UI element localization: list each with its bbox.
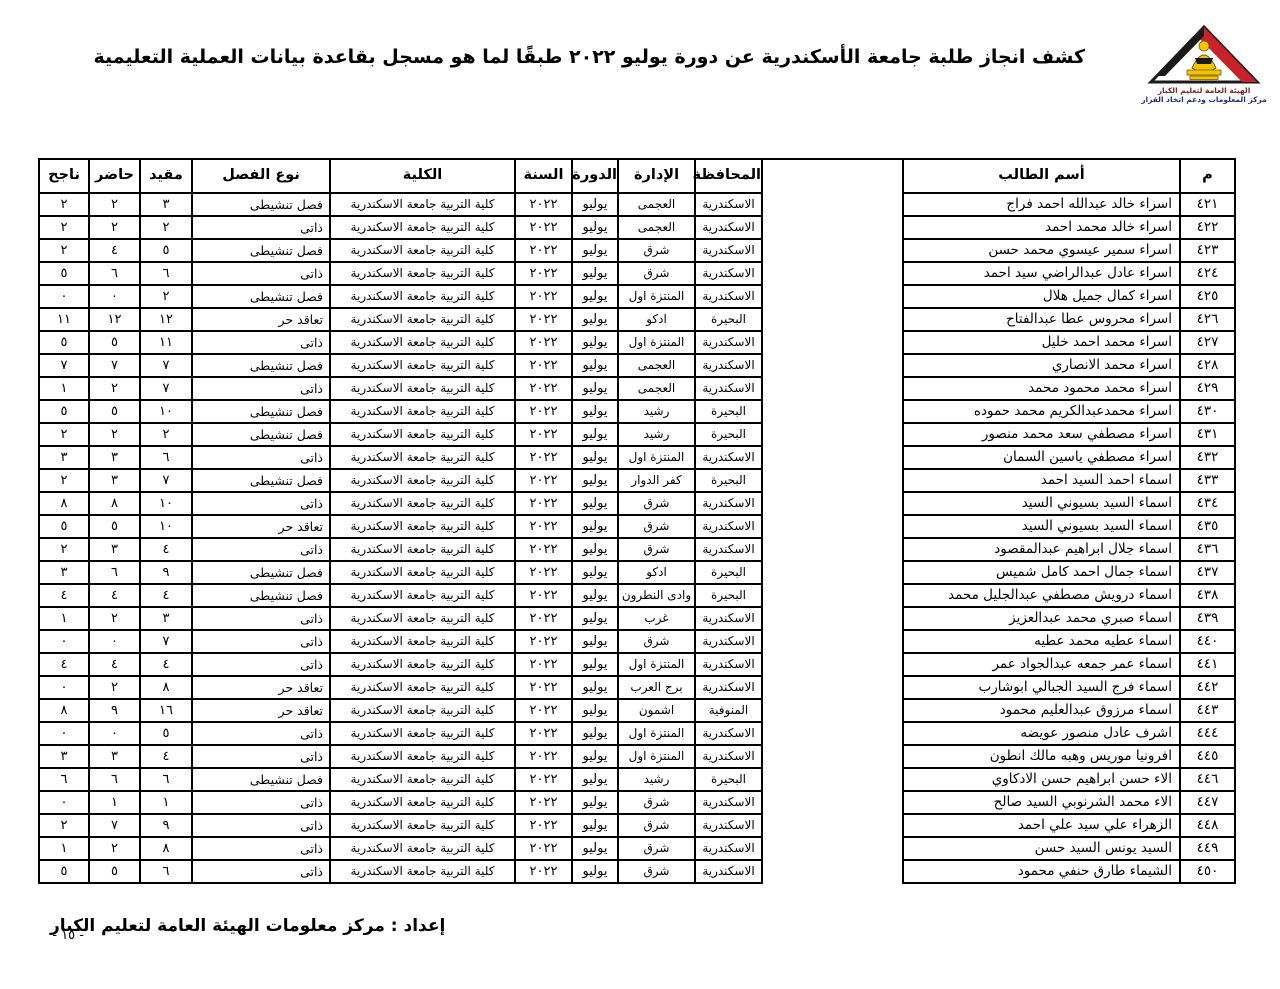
cell-passed-count: ٢ — [39, 193, 89, 216]
cell-student-name: اسراء محروس عطا عبدالفتاح — [903, 308, 1180, 331]
cell-class-type: ذاتى — [192, 216, 330, 239]
cell-class-type: تعاقد حر — [192, 699, 330, 722]
cell-year: ٢٠٢٢ — [515, 538, 572, 561]
cell-class-type: ذاتى — [192, 446, 330, 469]
cell-serial-number: ٤٢٢ — [1180, 216, 1235, 239]
cell-serial-number: ٤٣٠ — [1180, 400, 1235, 423]
cell-enrolled-count: ٢ — [140, 423, 192, 446]
table-row: ٤٣٣ اسماء احمد السيد احمد البحيرة كفر ال… — [39, 469, 1235, 492]
cell-session: يوليو — [572, 262, 618, 285]
header-class-type: نوع الفصل — [192, 159, 330, 193]
cell-serial-number: ٤٤٣ — [1180, 699, 1235, 722]
prepared-by-note: إعداد : مركز معلومات الهيئة العامة لتعلي… — [50, 916, 1230, 936]
cell-student-name: اسماء درويش مصطفي عبدالجليل محمد — [903, 584, 1180, 607]
table-row: ٤٣٢ اسراء مصطفي ياسين السمان الاسكندرية … — [39, 446, 1235, 469]
cell-session: يوليو — [572, 768, 618, 791]
cell-session: يوليو — [572, 354, 618, 377]
cell-passed-count: ٧ — [39, 354, 89, 377]
cell-session: يوليو — [572, 745, 618, 768]
cell-student-name: السيد يونس السيد حسن — [903, 837, 1180, 860]
cell-spacer — [762, 837, 903, 860]
cell-enrolled-count: ٢ — [140, 216, 192, 239]
cell-spacer — [762, 331, 903, 354]
cell-session: يوليو — [572, 400, 618, 423]
cell-class-type: فصل تنشيطى — [192, 469, 330, 492]
cell-session: يوليو — [572, 676, 618, 699]
cell-present-count: ٩ — [89, 699, 140, 722]
cell-college: كلية التربية جامعة الاسكندرية — [330, 745, 515, 768]
cell-administration: رشيد — [618, 400, 695, 423]
header-college: الكلية — [330, 159, 515, 193]
cell-spacer — [762, 262, 903, 285]
cell-serial-number: ٤٥٠ — [1180, 860, 1235, 883]
cell-college: كلية التربية جامعة الاسكندرية — [330, 561, 515, 584]
cell-student-name: الاء حسن ابراهيم حسن الادكاوي — [903, 768, 1180, 791]
cell-year: ٢٠٢٢ — [515, 860, 572, 883]
cell-class-type: ذاتى — [192, 722, 330, 745]
cell-passed-count: ٨ — [39, 492, 89, 515]
cell-present-count: ٣ — [89, 469, 140, 492]
cell-enrolled-count: ٦ — [140, 860, 192, 883]
cell-governorate: الاسكندرية — [695, 722, 762, 745]
cell-serial-number: ٤٤٩ — [1180, 837, 1235, 860]
table-row: ٤٣٧ اسماء جمال احمد كامل شميس البحيرة اد… — [39, 561, 1235, 584]
cell-college: كلية التربية جامعة الاسكندرية — [330, 653, 515, 676]
cell-administration: ادكو — [618, 561, 695, 584]
cell-session: يوليو — [572, 860, 618, 883]
cell-spacer — [762, 745, 903, 768]
cell-year: ٢٠٢٢ — [515, 630, 572, 653]
cell-passed-count: ٢ — [39, 538, 89, 561]
cell-class-type: فصل تنشيطى — [192, 561, 330, 584]
cell-college: كلية التربية جامعة الاسكندرية — [330, 722, 515, 745]
cell-passed-count: ٠ — [39, 722, 89, 745]
table-row: ٤٤٥ افرونيا موريس وهبه مالك انطون الاسكن… — [39, 745, 1235, 768]
table-row: ٤٣٥ اسماء السيد بسيوني السيد الاسكندرية … — [39, 515, 1235, 538]
cell-administration: شرق — [618, 492, 695, 515]
cell-present-count: ٣ — [89, 446, 140, 469]
cell-session: يوليو — [572, 837, 618, 860]
cell-class-type: ذاتى — [192, 860, 330, 883]
cell-year: ٢٠٢٢ — [515, 699, 572, 722]
cell-college: كلية التربية جامعة الاسكندرية — [330, 354, 515, 377]
cell-student-name: الزهراء علي سيد علي احمد — [903, 814, 1180, 837]
document-page: كشف انجاز طلبة جامعة الأسكندرية عن دورة … — [0, 0, 1280, 989]
cell-college: كلية التربية جامعة الاسكندرية — [330, 216, 515, 239]
cell-present-count: ٦ — [89, 768, 140, 791]
cell-student-name: اسماء فرج السيد الجبالي ابوشارب — [903, 676, 1180, 699]
table-row: ٤٣٦ اسماء جلال ابراهيم عبدالمقصود الاسكن… — [39, 538, 1235, 561]
cell-year: ٢٠٢٢ — [515, 745, 572, 768]
cell-passed-count: ٠ — [39, 791, 89, 814]
cell-spacer — [762, 814, 903, 837]
table-row: ٤٤٠ اسماء عطيه محمد عطيه الاسكندرية شرق … — [39, 630, 1235, 653]
cell-spacer — [762, 492, 903, 515]
cell-governorate: الاسكندرية — [695, 285, 762, 308]
cell-serial-number: ٤٢٧ — [1180, 331, 1235, 354]
table-row: ٤٢٣ اسراء سمير عيسوي محمد حسن الاسكندرية… — [39, 239, 1235, 262]
cell-student-name: اسماء جمال احمد كامل شميس — [903, 561, 1180, 584]
cell-passed-count: ٤ — [39, 584, 89, 607]
cell-student-name: اسراء محمدعبدالكريم محمد حموده — [903, 400, 1180, 423]
table-row: ٤٣١ اسراء مصطفي سعد محمد منصور البحيرة ر… — [39, 423, 1235, 446]
cell-spacer — [762, 630, 903, 653]
cell-spacer — [762, 653, 903, 676]
cell-present-count: ٦ — [89, 262, 140, 285]
table-row: ٤٤٢ اسماء فرج السيد الجبالي ابوشارب الاس… — [39, 676, 1235, 699]
table-row: ٤٢٥ اسراء كمال جميل هلال الاسكندرية المن… — [39, 285, 1235, 308]
cell-governorate: البحيرة — [695, 584, 762, 607]
cell-year: ٢٠٢٢ — [515, 837, 572, 860]
cell-administration: شرق — [618, 630, 695, 653]
cell-college: كلية التربية جامعة الاسكندرية — [330, 308, 515, 331]
cell-governorate: الاسكندرية — [695, 538, 762, 561]
cell-present-count: ٥ — [89, 860, 140, 883]
cell-present-count: ٢ — [89, 676, 140, 699]
cell-year: ٢٠٢٢ — [515, 262, 572, 285]
cell-passed-count: ٢ — [39, 469, 89, 492]
cell-serial-number: ٤٣٩ — [1180, 607, 1235, 630]
header-serial-number: م — [1180, 159, 1235, 193]
cell-present-count: ٥ — [89, 400, 140, 423]
cell-session: يوليو — [572, 814, 618, 837]
cell-class-type: ذاتى — [192, 377, 330, 400]
cell-enrolled-count: ٤ — [140, 653, 192, 676]
cell-year: ٢٠٢٢ — [515, 561, 572, 584]
cell-spacer — [762, 607, 903, 630]
cell-spacer — [762, 239, 903, 262]
cell-passed-count: ٦ — [39, 768, 89, 791]
cell-passed-count: ٥ — [39, 515, 89, 538]
cell-present-count: ٤ — [89, 653, 140, 676]
cell-year: ٢٠٢٢ — [515, 285, 572, 308]
table-row: ٤٢٤ اسراء عادل عبدالراضي سيد احمد الاسكن… — [39, 262, 1235, 285]
cell-class-type: فصل تنشيطى — [192, 354, 330, 377]
cell-governorate: الاسكندرية — [695, 216, 762, 239]
cell-serial-number: ٤٢٥ — [1180, 285, 1235, 308]
cell-serial-number: ٤٣٤ — [1180, 492, 1235, 515]
cell-student-name: اسراء مصطفي ياسين السمان — [903, 446, 1180, 469]
cell-year: ٢٠٢٢ — [515, 423, 572, 446]
header-session: الدورة — [572, 159, 618, 193]
cell-enrolled-count: ١ — [140, 791, 192, 814]
cell-administration: برج العرب — [618, 676, 695, 699]
cell-passed-count: ٢ — [39, 814, 89, 837]
cell-passed-count: ١١ — [39, 308, 89, 331]
cell-class-type: ذاتى — [192, 331, 330, 354]
cell-present-count: ٦ — [89, 561, 140, 584]
cell-enrolled-count: ١٦ — [140, 699, 192, 722]
cell-student-name: اسراء محمد احمد خليل — [903, 331, 1180, 354]
cell-college: كلية التربية جامعة الاسكندرية — [330, 331, 515, 354]
cell-present-count: ٢ — [89, 377, 140, 400]
cell-administration: العجمى — [618, 193, 695, 216]
students-table: م أسم الطالب المحافظة الإدارة الدورة الس… — [38, 158, 1236, 884]
cell-session: يوليو — [572, 423, 618, 446]
table-row: ٤٥٠ الشيماء طارق حنفي محمود الاسكندرية ش… — [39, 860, 1235, 883]
cell-college: كلية التربية جامعة الاسكندرية — [330, 768, 515, 791]
cell-present-count: ٧ — [89, 354, 140, 377]
cell-governorate: المنوفية — [695, 699, 762, 722]
page-number: - ١٥ - — [52, 928, 84, 943]
cell-class-type: تعاقد حر — [192, 515, 330, 538]
cell-present-count: ٢ — [89, 423, 140, 446]
cell-session: يوليو — [572, 492, 618, 515]
cell-governorate: الاسكندرية — [695, 860, 762, 883]
cell-college: كلية التربية جامعة الاسكندرية — [330, 607, 515, 630]
cell-year: ٢٠٢٢ — [515, 308, 572, 331]
cell-passed-count: ٢ — [39, 216, 89, 239]
cell-year: ٢٠٢٢ — [515, 446, 572, 469]
cell-governorate: الاسكندرية — [695, 492, 762, 515]
cell-governorate: البحيرة — [695, 423, 762, 446]
cell-enrolled-count: ٧ — [140, 377, 192, 400]
cell-spacer — [762, 584, 903, 607]
cell-passed-count: ١ — [39, 377, 89, 400]
cell-administration: شرق — [618, 239, 695, 262]
table-row: ٤٤٦ الاء حسن ابراهيم حسن الادكاوي البحير… — [39, 768, 1235, 791]
cell-governorate: الاسكندرية — [695, 331, 762, 354]
cell-administration: شرق — [618, 538, 695, 561]
cell-college: كلية التربية جامعة الاسكندرية — [330, 239, 515, 262]
cell-present-count: ٢ — [89, 837, 140, 860]
cell-present-count: ٧ — [89, 814, 140, 837]
cell-college: كلية التربية جامعة الاسكندرية — [330, 469, 515, 492]
cell-student-name: اسراء مصطفي سعد محمد منصور — [903, 423, 1180, 446]
cell-year: ٢٠٢٢ — [515, 400, 572, 423]
cell-passed-count: ٢ — [39, 239, 89, 262]
cell-session: يوليو — [572, 239, 618, 262]
page-title: كشف انجاز طلبة جامعة الأسكندرية عن دورة … — [240, 46, 1085, 68]
cell-enrolled-count: ٤ — [140, 584, 192, 607]
cell-governorate: الاسكندرية — [695, 676, 762, 699]
cell-governorate: البحيرة — [695, 400, 762, 423]
table-row: ٤٢٩ اسراء محمد محمود محمد الاسكندرية الع… — [39, 377, 1235, 400]
cell-year: ٢٠٢٢ — [515, 239, 572, 262]
cell-college: كلية التربية جامعة الاسكندرية — [330, 492, 515, 515]
cell-present-count: ١٢ — [89, 308, 140, 331]
cell-enrolled-count: ٩ — [140, 561, 192, 584]
cell-class-type: ذاتى — [192, 745, 330, 768]
cell-serial-number: ٤٤٢ — [1180, 676, 1235, 699]
cell-governorate: الاسكندرية — [695, 262, 762, 285]
cell-enrolled-count: ٦ — [140, 446, 192, 469]
cell-college: كلية التربية جامعة الاسكندرية — [330, 584, 515, 607]
cell-passed-count: ١ — [39, 837, 89, 860]
cell-governorate: الاسكندرية — [695, 814, 762, 837]
cell-spacer — [762, 354, 903, 377]
cell-class-type: فصل تنشيطى — [192, 584, 330, 607]
cell-serial-number: ٤٢٣ — [1180, 239, 1235, 262]
cell-class-type: فصل تنشيطى — [192, 768, 330, 791]
cell-passed-count: ٣ — [39, 745, 89, 768]
authority-logo: الهيئة العامة لتعليم الكبار مركز المعلوم… — [1140, 24, 1268, 105]
cell-serial-number: ٤٤٧ — [1180, 791, 1235, 814]
header-passed: ناجح — [39, 159, 89, 193]
cell-administration: شرق — [618, 515, 695, 538]
table-row: ٤٣٨ اسماء درويش مصطفي عبدالجليل محمد الب… — [39, 584, 1235, 607]
table-row: ٤٣٩ اسماء صبري محمد عبدالعزيز الاسكندرية… — [39, 607, 1235, 630]
cell-administration: شرق — [618, 860, 695, 883]
cell-spacer — [762, 791, 903, 814]
cell-student-name: الاء محمد الشرنوبي السيد صالح — [903, 791, 1180, 814]
table-row: ٤٢٦ اسراء محروس عطا عبدالفتاح البحيرة اد… — [39, 308, 1235, 331]
cell-college: كلية التربية جامعة الاسكندرية — [330, 423, 515, 446]
cell-student-name: اسماء احمد السيد احمد — [903, 469, 1180, 492]
cell-passed-count: ٣ — [39, 446, 89, 469]
cell-spacer — [762, 216, 903, 239]
cell-spacer — [762, 193, 903, 216]
header-governorate: المحافظة — [695, 159, 762, 193]
cell-session: يوليو — [572, 722, 618, 745]
cell-enrolled-count: ٥ — [140, 239, 192, 262]
cell-spacer — [762, 768, 903, 791]
cell-present-count: ٢ — [89, 193, 140, 216]
cell-class-type: ذاتى — [192, 653, 330, 676]
cell-present-count: ٢ — [89, 607, 140, 630]
cell-college: كلية التربية جامعة الاسكندرية — [330, 791, 515, 814]
cell-passed-count: ٤ — [39, 653, 89, 676]
cell-administration: رشيد — [618, 768, 695, 791]
header-enrolled: مقيد — [140, 159, 192, 193]
cell-enrolled-count: ٧ — [140, 630, 192, 653]
cell-student-name: اسماء عطيه محمد عطيه — [903, 630, 1180, 653]
table-row: ٤٤٧ الاء محمد الشرنوبي السيد صالح الاسكن… — [39, 791, 1235, 814]
cell-session: يوليو — [572, 331, 618, 354]
cell-class-type: ذاتى — [192, 837, 330, 860]
cell-college: كلية التربية جامعة الاسكندرية — [330, 676, 515, 699]
cell-present-count: ٣ — [89, 538, 140, 561]
student-table-body: ٤٢١ اسراء خالد عبدالله احمد فراج الاسكند… — [39, 193, 1235, 883]
cell-passed-count: ٢ — [39, 423, 89, 446]
cell-administration: وادى النطرون — [618, 584, 695, 607]
cell-enrolled-count: ٦ — [140, 768, 192, 791]
cell-governorate: الاسكندرية — [695, 354, 762, 377]
cell-administration: شرق — [618, 791, 695, 814]
cell-passed-count: ٥ — [39, 331, 89, 354]
cell-enrolled-count: ٧ — [140, 354, 192, 377]
cell-present-count: ٨ — [89, 492, 140, 515]
cell-serial-number: ٤٣٦ — [1180, 538, 1235, 561]
cell-session: يوليو — [572, 216, 618, 239]
cell-student-name: اشرف عادل منصور عويضه — [903, 722, 1180, 745]
cell-serial-number: ٤٣٢ — [1180, 446, 1235, 469]
cell-enrolled-count: ٤ — [140, 745, 192, 768]
cell-session: يوليو — [572, 515, 618, 538]
cell-governorate: الاسكندرية — [695, 446, 762, 469]
cell-serial-number: ٤٤١ — [1180, 653, 1235, 676]
cell-student-name: اسراء خالد محمد احمد — [903, 216, 1180, 239]
pyramid-emblem-icon — [1140, 24, 1268, 86]
cell-spacer — [762, 446, 903, 469]
cell-session: يوليو — [572, 446, 618, 469]
cell-class-type: فصل تنشيطى — [192, 193, 330, 216]
cell-student-name: اسراء عادل عبدالراضي سيد احمد — [903, 262, 1180, 285]
table-row: ٤٣٠ اسراء محمدعبدالكريم محمد حموده البحي… — [39, 400, 1235, 423]
cell-serial-number: ٤٢١ — [1180, 193, 1235, 216]
cell-governorate: الاسكندرية — [695, 791, 762, 814]
cell-class-type: ذاتى — [192, 538, 330, 561]
cell-serial-number: ٤٣٧ — [1180, 561, 1235, 584]
cell-session: يوليو — [572, 308, 618, 331]
cell-student-name: اسراء كمال جميل هلال — [903, 285, 1180, 308]
cell-session: يوليو — [572, 607, 618, 630]
cell-year: ٢٠٢٢ — [515, 377, 572, 400]
table-row: ٤٢٧ اسراء محمد احمد خليل الاسكندرية المن… — [39, 331, 1235, 354]
cell-serial-number: ٤٢٨ — [1180, 354, 1235, 377]
cell-enrolled-count: ٣ — [140, 607, 192, 630]
cell-year: ٢٠٢٢ — [515, 584, 572, 607]
cell-class-type: ذاتى — [192, 607, 330, 630]
cell-spacer — [762, 699, 903, 722]
cell-student-name: اسماء السيد بسيوني السيد — [903, 515, 1180, 538]
cell-spacer — [762, 377, 903, 400]
cell-student-name: اسماء عمر جمعه عبدالجواد عمر — [903, 653, 1180, 676]
cell-present-count: ٠ — [89, 722, 140, 745]
cell-passed-count: ٥ — [39, 262, 89, 285]
header-spacer — [762, 159, 903, 193]
cell-student-name: اسراء سمير عيسوي محمد حسن — [903, 239, 1180, 262]
cell-administration: ادكو — [618, 308, 695, 331]
cell-enrolled-count: ١٠ — [140, 515, 192, 538]
table-row: ٤٣٤ اسماء السيد بسيوني السيد الاسكندرية … — [39, 492, 1235, 515]
cell-enrolled-count: ٤ — [140, 538, 192, 561]
cell-governorate: الاسكندرية — [695, 630, 762, 653]
cell-college: كلية التربية جامعة الاسكندرية — [330, 193, 515, 216]
table-row: ٤٤٤ اشرف عادل منصور عويضه الاسكندرية الم… — [39, 722, 1235, 745]
cell-student-name: اسماء السيد بسيوني السيد — [903, 492, 1180, 515]
cell-governorate: الاسكندرية — [695, 837, 762, 860]
cell-spacer — [762, 285, 903, 308]
logo-center-name: مركز المعلومات ودعم اتخاذ القرار — [1140, 95, 1268, 104]
cell-class-type: ذاتى — [192, 791, 330, 814]
cell-class-type: فصل تنشيطى — [192, 423, 330, 446]
cell-passed-count: ٣ — [39, 561, 89, 584]
cell-year: ٢٠٢٢ — [515, 676, 572, 699]
cell-college: كلية التربية جامعة الاسكندرية — [330, 860, 515, 883]
table-header-row: م أسم الطالب المحافظة الإدارة الدورة الس… — [39, 159, 1235, 193]
cell-student-name: افرونيا موريس وهبه مالك انطون — [903, 745, 1180, 768]
cell-year: ٢٠٢٢ — [515, 791, 572, 814]
cell-session: يوليو — [572, 653, 618, 676]
cell-present-count: ٠ — [89, 630, 140, 653]
cell-administration: المنتزة اول — [618, 722, 695, 745]
cell-serial-number: ٤٢٤ — [1180, 262, 1235, 285]
cell-year: ٢٠٢٢ — [515, 722, 572, 745]
cell-serial-number: ٤٤٥ — [1180, 745, 1235, 768]
cell-student-name: اسماء صبري محمد عبدالعزيز — [903, 607, 1180, 630]
cell-present-count: ٤ — [89, 584, 140, 607]
cell-enrolled-count: ١٠ — [140, 492, 192, 515]
cell-serial-number: ٤٤٠ — [1180, 630, 1235, 653]
cell-spacer — [762, 722, 903, 745]
cell-class-type: ذاتى — [192, 262, 330, 285]
cell-administration: شرق — [618, 814, 695, 837]
cell-spacer — [762, 400, 903, 423]
cell-student-name: اسراء محمد الانصاري — [903, 354, 1180, 377]
cell-session: يوليو — [572, 791, 618, 814]
cell-administration: العجمى — [618, 377, 695, 400]
cell-serial-number: ٤٢٩ — [1180, 377, 1235, 400]
cell-year: ٢٠٢٢ — [515, 814, 572, 837]
cell-enrolled-count: ٩ — [140, 814, 192, 837]
cell-class-type: فصل تنشيطى — [192, 239, 330, 262]
header-student-name: أسم الطالب — [903, 159, 1180, 193]
logo-authority-name: الهيئة العامة لتعليم الكبار — [1140, 86, 1268, 95]
cell-class-type: ذاتى — [192, 492, 330, 515]
cell-administration: العجمى — [618, 216, 695, 239]
cell-year: ٢٠٢٢ — [515, 515, 572, 538]
